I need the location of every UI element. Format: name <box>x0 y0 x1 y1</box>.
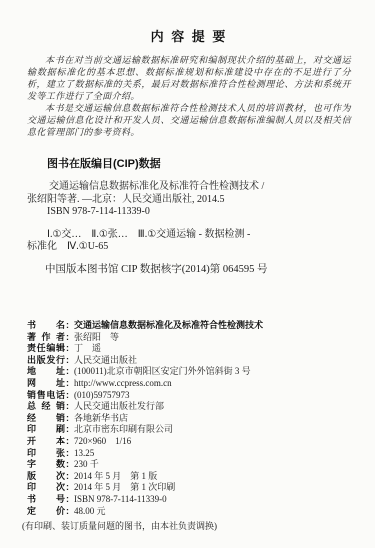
colophon-row-value: 北京市密东印刷有限公司 <box>74 424 173 436</box>
colophon-row-label: 书号 <box>27 494 65 506</box>
colophon-row-label: 销售电话 <box>27 390 65 402</box>
colophon-row: 总经销:人民交通出版社发行部 <box>27 401 351 413</box>
colophon-row-label: 书名 <box>27 320 65 332</box>
colophon-row: 印次:2014 年 5 月 第 1 次印刷 <box>27 482 351 494</box>
colophon-row-value: ISBN 978-7-114-11339-0 <box>74 494 167 506</box>
cip-record-line: 中国版本图书馆 CIP 数据核字(2014)第 064595 号 <box>27 264 351 277</box>
colophon-row-colon: : <box>66 390 69 402</box>
colophon-row-value: 张绍阳 等 <box>74 332 119 344</box>
colophon-row-colon: : <box>66 413 69 425</box>
colophon-row-value: 各地新华书店 <box>74 413 128 425</box>
colophon-row-colon: : <box>66 366 69 378</box>
colophon-row-label: 印刷 <box>27 424 65 436</box>
colophon-row-colon: : <box>66 355 69 367</box>
colophon-row-colon: : <box>66 506 69 518</box>
colophon-row-value: (100011)北京市朝阳区安定门外外馆斜街 3 号 <box>74 366 251 378</box>
colophon-row-label: 印张 <box>27 448 65 460</box>
colophon-row-colon: : <box>66 471 69 483</box>
colophon-row-value: 丁 遥 <box>74 343 101 355</box>
colophon-row: 地址:(100011)北京市朝阳区安定门外外馆斜街 3 号 <box>27 366 351 378</box>
colophon-row-value: 720×960 1/16 <box>74 436 131 448</box>
colophon-row-colon: : <box>66 332 69 344</box>
colophon-row: 著作者:张绍阳 等 <box>27 332 351 344</box>
colophon-row: 定价:48.00 元 <box>27 506 351 518</box>
cip-class-block: Ⅰ.①交… Ⅱ.①张… Ⅲ.①交通运输 - 数据检测 - 标准化 Ⅳ.①U-65 <box>27 229 351 254</box>
cip-title-block: 交通运输信息数据标准化及标准符合性检测技术 / 张绍阳等著. —北京：人民交通出… <box>27 181 351 219</box>
colophon-row-value: 交通运输信息数据标准化及标准符合性检测技术 <box>74 320 263 332</box>
colophon-row-colon: : <box>66 494 69 506</box>
cip-isbn-line: ISBN 978-7-114-11339-0 <box>27 206 351 219</box>
colophon-row: 销售电话:(010)59757973 <box>27 390 351 402</box>
colophon-row-colon: : <box>66 320 69 332</box>
colophon-row-value: http://www.ccpress.com.cn <box>74 378 172 390</box>
cip-class-line-1: Ⅰ.①交… Ⅱ.①张… Ⅲ.①交通运输 - 数据检测 - <box>27 229 351 242</box>
colophon-row: 字数:230 千 <box>27 459 351 471</box>
colophon-row: 经销:各地新华书店 <box>27 413 351 425</box>
colophon-row-colon: : <box>66 343 69 355</box>
colophon-row: 开本:720×960 1/16 <box>27 436 351 448</box>
colophon-row-label: 网址 <box>27 378 65 390</box>
colophon-row: 书名:交通运输信息数据标准化及标准符合性检测技术 <box>27 320 351 332</box>
colophon-row-label: 经销 <box>27 413 65 425</box>
colophon-row-value: 2014 年 5 月 第 1 版 <box>74 471 157 483</box>
colophon-row-colon: : <box>66 448 69 460</box>
colophon-row-label: 出版发行 <box>27 355 65 367</box>
cip-author-line: 张绍阳等著. —北京：人民交通出版社, 2014.5 <box>27 194 351 207</box>
cip-block: 交通运输信息数据标准化及标准符合性检测技术 / 张绍阳等著. —北京：人民交通出… <box>27 181 351 276</box>
colophon-row-colon: : <box>66 436 69 448</box>
colophon-row-value: 48.00 元 <box>74 506 106 518</box>
colophon-row-value: 人民交通出版社 <box>74 355 137 367</box>
quality-note: (有印刷、装订质量问题的图书，由本社负责调换) <box>22 519 351 532</box>
colophon-row-label: 字数 <box>27 459 65 471</box>
colophon-row-label: 著作者 <box>27 332 65 344</box>
summary-paragraph-1: 本书在对当前交通运输数据标准研究和编制现状介绍的基础上，对交通运输数据标准化的基… <box>27 54 351 102</box>
colophon-row-colon: : <box>66 459 69 471</box>
colophon-row-label: 开本 <box>27 436 65 448</box>
copyright-page: 内 容 提 要 本书在对当前交通运输数据标准研究和编制现状介绍的基础上，对交通运… <box>0 0 375 548</box>
colophon-row: 责任编辑:丁 遥 <box>27 343 351 355</box>
colophon-row: 网址:http://www.ccpress.com.cn <box>27 378 351 390</box>
cip-title-line: 交通运输信息数据标准化及标准符合性检测技术 / <box>27 181 351 194</box>
colophon-row-colon: : <box>66 424 69 436</box>
colophon-row-label: 总经销 <box>27 401 65 413</box>
colophon-row-colon: : <box>66 401 69 413</box>
colophon-row: 印张:13.25 <box>27 448 351 460</box>
colophon-row: 印刷:北京市密东印刷有限公司 <box>27 424 351 436</box>
colophon-row: 书号:ISBN 978-7-114-11339-0 <box>27 494 351 506</box>
colophon-row-label: 责任编辑 <box>27 343 65 355</box>
colophon-row-value: (010)59757973 <box>74 390 130 402</box>
cip-class-line-2: 标准化 Ⅳ.①U-65 <box>27 241 351 254</box>
colophon-row-value: 2014 年 5 月 第 1 次印刷 <box>74 482 175 494</box>
colophon-row-value: 人民交通出版社发行部 <box>74 401 164 413</box>
colophon-row-label: 版次 <box>27 471 65 483</box>
content-summary: 本书在对当前交通运输数据标准研究和编制现状介绍的基础上，对交通运输数据标准化的基… <box>27 54 351 138</box>
summary-paragraph-2: 本书是交通运输信息数据标准符合性检测技术人员的培训教材，也可作为交通运输信息化设… <box>27 102 351 138</box>
colophon-row-label: 定价 <box>27 506 65 518</box>
colophon-row-label: 地址 <box>27 366 65 378</box>
colophon-row-colon: : <box>66 482 69 494</box>
colophon-row-value: 13.25 <box>74 448 94 460</box>
colophon: 书名:交通运输信息数据标准化及标准符合性检测技术著作者:张绍阳 等责任编辑:丁 … <box>27 320 351 517</box>
colophon-row: 版次:2014 年 5 月 第 1 版 <box>27 471 351 483</box>
colophon-row-label: 印次 <box>27 482 65 494</box>
cip-heading: 图书在版编目(CIP)数据 <box>27 155 351 171</box>
colophon-row: 出版发行:人民交通出版社 <box>27 355 351 367</box>
colophon-row-value: 230 千 <box>74 459 99 471</box>
colophon-row-colon: : <box>66 378 69 390</box>
content-summary-heading: 内 容 提 要 <box>27 26 351 45</box>
